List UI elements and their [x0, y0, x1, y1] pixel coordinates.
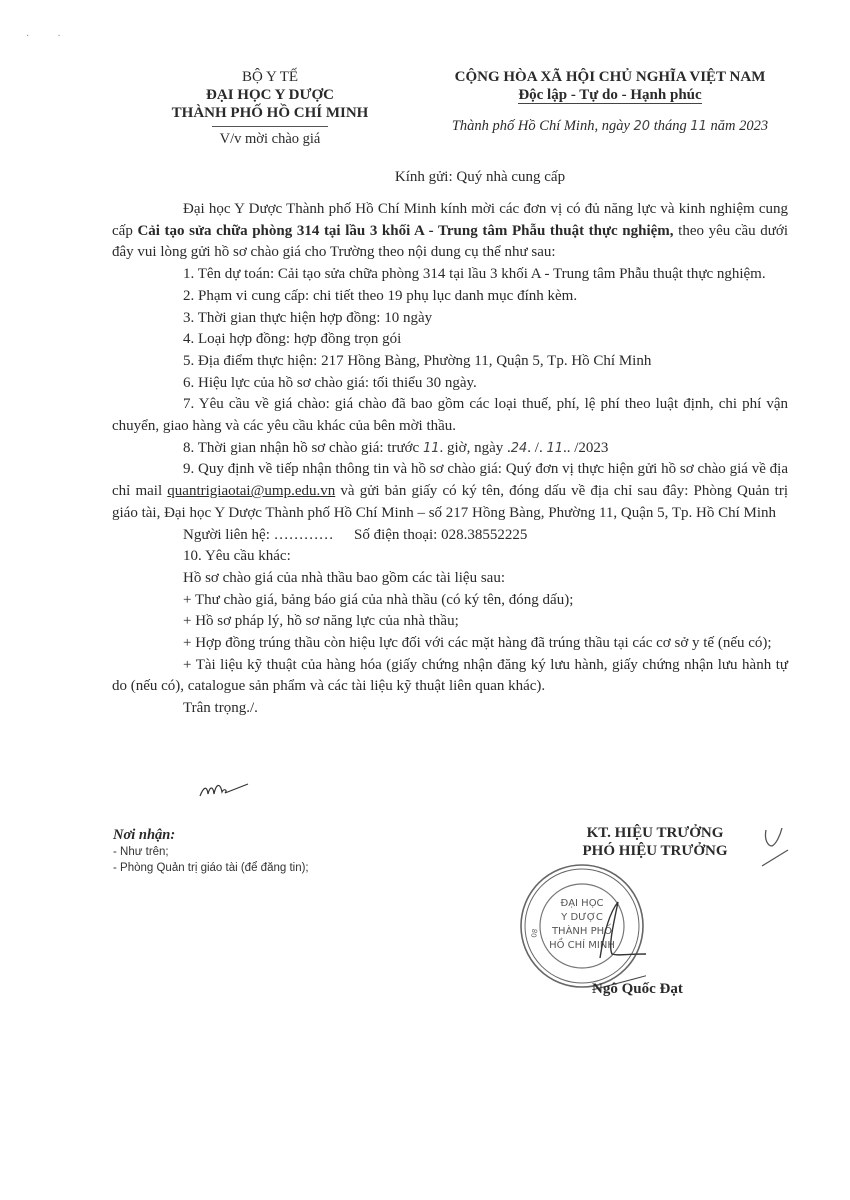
recipient-item: - Phòng Quản trị giáo tài (để đăng tin);	[113, 860, 473, 876]
item-9: 9. Quy định về tiếp nhận thông tin và hồ…	[112, 459, 788, 524]
handwritten-deadline-month: 11	[546, 441, 563, 456]
item-10-lead: Hồ sơ chào giá của nhà thầu bao gồm các …	[112, 568, 788, 590]
email-link[interactable]: quantrigiaotai@ump.edu.vn	[167, 483, 335, 499]
item-8: 8. Thời gian nhận hồ sơ chào giá: trước …	[112, 438, 788, 460]
svg-text:HỒ CHÍ MINH: HỒ CHÍ MINH	[549, 937, 615, 951]
document-page: ·· BỘ Y TẾ ĐẠI HỌC Y DƯỢC THÀNH PHỐ HỒ C…	[0, 0, 850, 1200]
ministry-name: BỘ Y TẾ	[140, 68, 400, 86]
item-7: 7. Yêu cầu về giá chào: giá chào đã bao …	[112, 394, 788, 437]
item-3: 3. Thời gian thực hiện hợp đồng: 10 ngày	[112, 308, 788, 330]
svg-text:Y DƯỢC: Y DƯỢC	[560, 912, 603, 923]
signer-name: Ngô Quốc Đạt	[592, 981, 683, 998]
recipient-item: - Như trên;	[113, 844, 473, 860]
contact-person: Người liên hệ: …………	[183, 525, 354, 547]
university-name-line2: THÀNH PHỐ HỒ CHÍ MINH	[140, 104, 400, 122]
handwritten-month: 11	[690, 119, 707, 134]
required-doc-2: + Hồ sơ pháp lý, hồ sơ năng lực của nhà …	[112, 611, 788, 633]
handwritten-day: 20	[634, 119, 651, 134]
recipients: Nơi nhận: - Như trên; - Phòng Quản trị g…	[113, 826, 473, 876]
item-4: 4. Loại hợp đồng: hợp đồng trọn gói	[112, 329, 788, 351]
initial-scribble-icon	[198, 778, 250, 800]
signer-title-1: KT. HIỆU TRƯỞNG	[520, 824, 790, 842]
handwritten-hour: 11	[423, 441, 440, 456]
contact-line: Người liên hệ: ………… Số điện thoại: 028.3…	[112, 525, 788, 547]
signature-block: KT. HIỆU TRƯỞNG PHÓ HIỆU TRƯỞNG	[520, 824, 790, 860]
item-6: 6. Hiệu lực của hồ sơ chào giá: tối thiể…	[112, 373, 788, 395]
salutation: Kính gửi: Quý nhà cung cấp	[160, 169, 800, 186]
item-1: 1. Tên dự toán: Cải tạo sửa chữa phòng 3…	[112, 264, 788, 286]
letter-body: Đại học Y Dược Thành phố Hồ Chí Minh kín…	[112, 199, 788, 720]
university-name-line1: ĐẠI HỌC Y DƯỢC	[140, 86, 400, 104]
scan-dots: ··	[26, 31, 89, 42]
signer-title-2: PHÓ HIỆU TRƯỞNG	[520, 842, 790, 860]
national-title: CỘNG HÒA XÃ HỘI CHỦ NGHĨA VIỆT NAM	[420, 68, 800, 86]
national-motto: Độc lập - Tự do - Hạnh phúc	[420, 86, 800, 104]
initial-check-icon	[758, 826, 794, 870]
item-10-title: 10. Yêu cầu khác:	[112, 546, 788, 568]
svg-text:THÀNH PHỐ: THÀNH PHỐ	[551, 923, 612, 937]
required-doc-3: + Hợp đồng trúng thầu còn hiệu lực đối v…	[112, 633, 788, 655]
intro-paragraph: Đại học Y Dược Thành phố Hồ Chí Minh kín…	[112, 199, 788, 264]
required-doc-4: + Tài liệu kỹ thuật của hàng hóa (giấy c…	[112, 655, 788, 698]
date-line: Thành phố Hồ Chí Minh, ngày 20 tháng 11 …	[420, 118, 800, 135]
header-right: CỘNG HÒA XÃ HỘI CHỦ NGHĨA VIỆT NAM Độc l…	[420, 68, 800, 104]
handwritten-deadline-day: 24	[511, 441, 528, 456]
required-doc-1: + Thư chào giá, bảng báo giá của nhà thầ…	[112, 590, 788, 612]
item-5: 5. Địa điểm thực hiện: 217 Hồng Bàng, Ph…	[112, 351, 788, 373]
document-subject: V/v mời chào giá	[140, 130, 400, 148]
svg-text:ĐẠI HỌC: ĐẠI HỌC	[560, 898, 603, 909]
header-left: BỘ Y TẾ ĐẠI HỌC Y DƯỢC THÀNH PHỐ HỒ CHÍ …	[140, 68, 400, 148]
recipients-title: Nơi nhận:	[113, 826, 473, 844]
svg-text:08: 08	[530, 928, 539, 938]
official-seal-icon: ĐẠI HỌC Y DƯỢC THÀNH PHỐ HỒ CHÍ MINH 08	[518, 862, 646, 990]
closing: Trân trọng./.	[112, 698, 788, 720]
contact-phone: Số điện thoại: 028.38552225	[354, 525, 527, 547]
item-2: 2. Phạm vi cung cấp: chi tiết theo 19 ph…	[112, 286, 788, 308]
project-name: Cải tạo sửa chữa phòng 314 tại lầu 3 khố…	[137, 223, 673, 239]
header-divider	[212, 126, 328, 127]
